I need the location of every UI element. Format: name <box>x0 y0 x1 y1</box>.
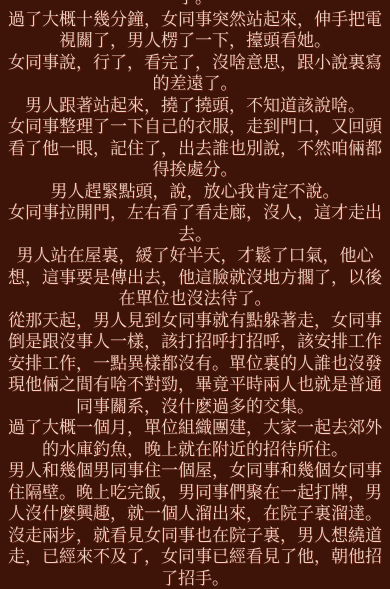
text-line: 看了他一眼，記住了，出去誰也別說，不然咱倆都 <box>8 138 382 160</box>
text-line: 男人和幾個男同事住一個屋，女同事和幾個女同事 <box>8 460 382 482</box>
text-line: 去。 <box>8 224 382 246</box>
paragraph: 女同事說，行了，看完了，沒啥意思，跟小說裏寫的差遠了。 <box>8 52 382 95</box>
text-line: 了招手。 <box>8 568 382 589</box>
reader-text-flow: 了。過了大概十幾分鐘，女同事突然站起來，伸手把電視關了，男人楞了一下，擡頭看她。… <box>0 0 390 589</box>
text-line: 人沒什麽興趣，就一個人溜出來，在院子裏溜達。 <box>8 503 382 525</box>
text-line: 現他倆之間有啥不對勁，畢竟平時兩人也就是普通 <box>8 374 382 396</box>
text-line: 女同事整理了一下自己的衣服，走到門口，又回頭 <box>8 116 382 138</box>
text-line: 倒是跟沒事人一樣，該打招呼打招呼，該安排工作 <box>8 331 382 353</box>
text-line: 安排工作，一點異樣都沒有。單位裏的人誰也沒發 <box>8 353 382 375</box>
text-line: 過了大概一個月，單位組織團建，大家一起去郊外 <box>8 417 382 439</box>
paragraph-clipped: 了。 <box>8 0 382 9</box>
text-line: 從那天起，男人見到女同事就有點躲著走，女同事 <box>8 310 382 332</box>
text-line: 得挨處分。 <box>8 159 382 181</box>
text-line: 女同事說，行了，看完了，沒啥意思，跟小說裏寫 <box>8 52 382 74</box>
paragraph: 女同事整理了一下自己的衣服，走到門口，又回頭看了他一眼，記住了，出去誰也別說，不… <box>8 116 382 181</box>
text-line: 女同事拉開門，左右看了看走廊，沒人，這才走出 <box>8 202 382 224</box>
paragraph: 過了大概一個月，單位組織團建，大家一起去郊外的水庫釣魚，晚上就在附近的招待所住。 <box>8 417 382 460</box>
text-line: 過了大概十幾分鐘，女同事突然站起來，伸手把電 <box>8 9 382 31</box>
reader-page[interactable]: 了。過了大概十幾分鐘，女同事突然站起來，伸手把電視關了，男人楞了一下，擡頭看她。… <box>0 0 390 589</box>
paragraph: 男人和幾個男同事住一個屋，女同事和幾個女同事住隔壁。晚上吃完飯，男同事們聚在一起… <box>8 460 382 525</box>
text-line: 男人趕緊點頭，說，放心我肯定不說。 <box>8 181 382 203</box>
text-line: 的水庫釣魚，晚上就在附近的招待所住。 <box>8 439 382 461</box>
text-line: 住隔壁。晚上吃完飯，男同事們聚在一起打牌，男 <box>8 482 382 504</box>
text-line: 的差遠了。 <box>8 73 382 95</box>
text-line: 視關了，男人楞了一下，擡頭看她。 <box>8 30 382 52</box>
text-line: 男人跟著站起來，撓了撓頭，不知道該說啥。 <box>8 95 382 117</box>
paragraph: 男人趕緊點頭，說，放心我肯定不說。 <box>8 181 382 203</box>
paragraph: 從那天起，男人見到女同事就有點躲著走，女同事倒是跟沒事人一樣，該打招呼打招呼，該… <box>8 310 382 418</box>
paragraph: 女同事拉開門，左右看了看走廊，沒人，這才走出去。 <box>8 202 382 245</box>
text-line: 男人站在屋裏，緩了好半天，才鬆了口氣，他心 <box>8 245 382 267</box>
text-line: 在單位也沒法待了。 <box>8 288 382 310</box>
text-line: 同事關系，沒什麽過多的交集。 <box>8 396 382 418</box>
paragraph: 沒走兩步，就看見女同事也在院子裏，男人想繞道走，已經來不及了，女同事已經看見了他… <box>8 525 382 589</box>
text-line: 了。 <box>8 0 382 9</box>
paragraph: 過了大概十幾分鐘，女同事突然站起來，伸手把電視關了，男人楞了一下，擡頭看她。 <box>8 9 382 52</box>
text-line: 想，這事要是傳出去，他這臉就沒地方擱了，以後 <box>8 267 382 289</box>
text-line: 走，已經來不及了，女同事已經看見了他，朝他招 <box>8 546 382 568</box>
paragraph: 男人跟著站起來，撓了撓頭，不知道該說啥。 <box>8 95 382 117</box>
paragraph: 男人站在屋裏，緩了好半天，才鬆了口氣，他心想，這事要是傳出去，他這臉就沒地方擱了… <box>8 245 382 310</box>
text-line: 沒走兩步，就看見女同事也在院子裏，男人想繞道 <box>8 525 382 547</box>
